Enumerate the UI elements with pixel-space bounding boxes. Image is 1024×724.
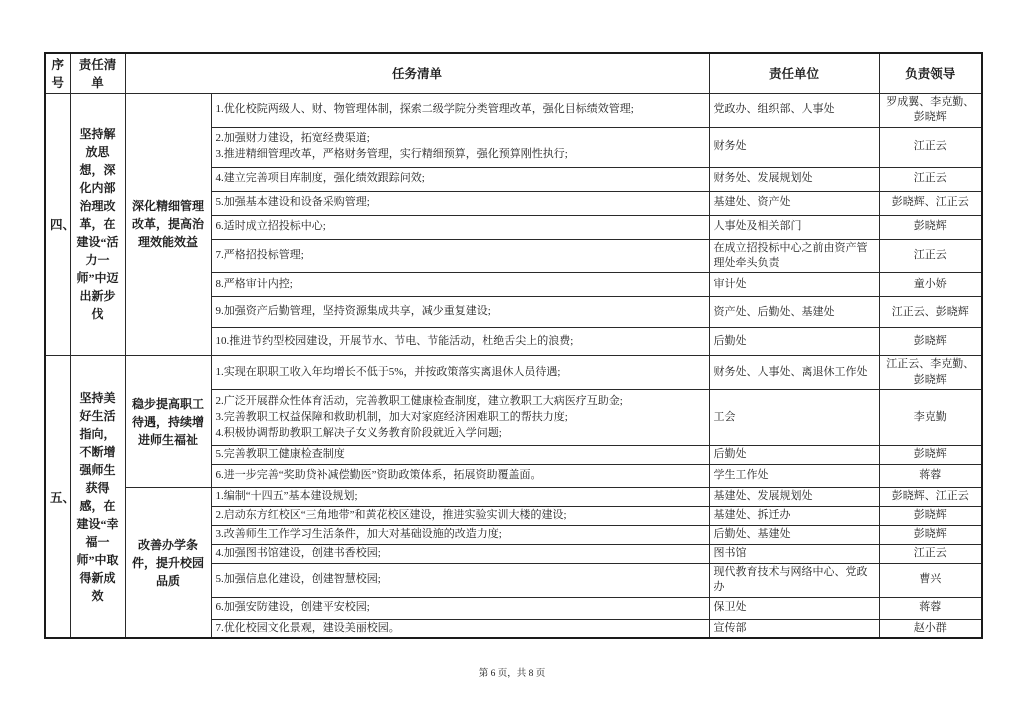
section-seq: 四、 <box>45 93 70 356</box>
unit-cell: 宣传部 <box>709 619 879 638</box>
leader-cell: 江正云 <box>879 544 982 563</box>
responsibility-table: 序号 责任清单 任务清单 责任单位 负责领导 四、 坚持解放思想，深化内部治理改… <box>44 52 983 639</box>
task-cell: 1.编制“十四五”基本建设规划; <box>211 488 709 507</box>
unit-cell: 人事处及相关部门 <box>709 215 879 239</box>
col-header-task: 任务清单 <box>125 53 709 93</box>
col-header-seq: 序号 <box>45 53 70 93</box>
unit-cell: 后勤处、基建处 <box>709 525 879 544</box>
task-cell: 5.加强信息化建设，创建智慧校园; <box>211 563 709 597</box>
unit-cell: 基建处、发展规划处 <box>709 488 879 507</box>
task-cell: 2.加强财力建设，拓宽经费渠道; 3.推进精细管理改革，严格财务管理，实行精细预… <box>211 127 709 167</box>
header-row: 序号 责任清单 任务清单 责任单位 负责领导 <box>45 53 982 93</box>
task-cell: 6.适时成立招投标中心; <box>211 215 709 239</box>
unit-cell: 基建处、资产处 <box>709 191 879 215</box>
leader-cell: 童小娇 <box>879 273 982 297</box>
task-cell: 10.推进节约型校园建设，开展节水、节电、节能活动，杜绝舌尖上的浪费; <box>211 328 709 356</box>
task-cell: 7.严格招投标管理; <box>211 239 709 273</box>
unit-cell: 审计处 <box>709 273 879 297</box>
unit-cell: 后勤处 <box>709 446 879 465</box>
group-category: 深化精细管理改革，提高治理效能效益 <box>125 93 211 356</box>
unit-cell: 工会 <box>709 390 879 446</box>
group-category: 稳步提高职工待遇，持续增进师生福祉 <box>125 356 211 488</box>
leader-cell: 蒋蓉 <box>879 597 982 619</box>
unit-cell: 财务处、发展规划处 <box>709 167 879 191</box>
unit-cell: 保卫处 <box>709 597 879 619</box>
task-cell: 1.实现在职职工收入年均增长不低于5%，并按政策落实离退休人员待遇; <box>211 356 709 390</box>
unit-cell: 图书馆 <box>709 544 879 563</box>
leader-cell: 赵小群 <box>879 619 982 638</box>
task-cell: 2.广泛开展群众性体育活动，完善教职工健康检查制度，建立教职工大病医疗互助金; … <box>211 390 709 446</box>
table-row: 改善办学条件，提升校园品质 1.编制“十四五”基本建设规划; 基建处、发展规划处… <box>45 488 982 507</box>
task-cell: 8.严格审计内控; <box>211 273 709 297</box>
task-cell: 4.建立完善项目库制度，强化绩效跟踪问效; <box>211 167 709 191</box>
leader-cell: 曹兴 <box>879 563 982 597</box>
task-cell: 3.改善师生工作学习生活条件，加大对基础设施的改造力度; <box>211 525 709 544</box>
col-header-duty: 责任清单 <box>70 53 125 93</box>
leader-cell: 江正云 <box>879 167 982 191</box>
unit-cell: 在成立招投标中心之前由资产管理处牵头负责 <box>709 239 879 273</box>
task-cell: 6.进一步完善“奖助贷补减偿勤医”资助政策体系，拓展资助覆盖面。 <box>211 465 709 488</box>
leader-cell: 彭晓辉 <box>879 215 982 239</box>
unit-cell: 财务处、人事处、离退休工作处 <box>709 356 879 390</box>
unit-cell: 财务处 <box>709 127 879 167</box>
leader-cell: 江正云 <box>879 239 982 273</box>
leader-cell: 彭晓辉 <box>879 446 982 465</box>
leader-cell: 罗成翼、李克勤、彭晓辉 <box>879 93 982 127</box>
leader-cell: 彭晓辉 <box>879 328 982 356</box>
task-cell: 6.加强安防建设，创建平安校园; <box>211 597 709 619</box>
unit-cell: 基建处、拆迁办 <box>709 506 879 525</box>
leader-cell: 彭晓辉、江正云 <box>879 488 982 507</box>
leader-cell: 彭晓辉、江正云 <box>879 191 982 215</box>
unit-cell: 后勤处 <box>709 328 879 356</box>
task-cell: 1.优化校院两级人、财、物管理体制，探索二级学院分类管理改革，强化目标绩效管理; <box>211 93 709 127</box>
task-cell: 5.加强基本建设和设备采购管理; <box>211 191 709 215</box>
task-cell: 9.加强资产后勤管理，坚持资源集成共享，减少重复建设; <box>211 297 709 328</box>
leader-cell: 江正云、彭晓辉 <box>879 297 982 328</box>
group-category: 改善办学条件，提升校园品质 <box>125 488 211 639</box>
unit-cell: 资产处、后勤处、基建处 <box>709 297 879 328</box>
task-cell: 7.优化校园文化景观，建设美丽校园。 <box>211 619 709 638</box>
unit-cell: 党政办、组织部、人事处 <box>709 93 879 127</box>
leader-cell: 彭晓辉 <box>879 506 982 525</box>
section-duty: 坚持美好生活指向，不断增强师生获得感，在建设“幸福一师”中取得新成效 <box>70 356 125 639</box>
table-row: 五、 坚持美好生活指向，不断增强师生获得感，在建设“幸福一师”中取得新成效 稳步… <box>45 356 982 390</box>
table-row: 四、 坚持解放思想，深化内部治理改革，在建设“活力一师”中迈出新步伐 深化精细管… <box>45 93 982 127</box>
task-cell: 4.加强图书馆建设，创建书香校园; <box>211 544 709 563</box>
section-seq: 五、 <box>45 356 70 639</box>
col-header-leader: 负责领导 <box>879 53 982 93</box>
leader-cell: 彭晓辉 <box>879 525 982 544</box>
section-duty: 坚持解放思想，深化内部治理改革，在建设“活力一师”中迈出新步伐 <box>70 93 125 356</box>
leader-cell: 蒋蓉 <box>879 465 982 488</box>
unit-cell: 学生工作处 <box>709 465 879 488</box>
leader-cell: 江正云、李克勤、彭晓辉 <box>879 356 982 390</box>
leader-cell: 李克勤 <box>879 390 982 446</box>
leader-cell: 江正云 <box>879 127 982 167</box>
task-cell: 5.完善教职工健康检查制度 <box>211 446 709 465</box>
col-header-unit: 责任单位 <box>709 53 879 93</box>
task-cell: 2.启动东方红校区“三角地带”和黄花校区建设，推进实验实训大楼的建设; <box>211 506 709 525</box>
unit-cell: 现代教育技术与网络中心、党政办 <box>709 563 879 597</box>
page-footer: 第 6 页，共 8 页 <box>0 665 1024 679</box>
document-page: 序号 责任清单 任务清单 责任单位 负责领导 四、 坚持解放思想，深化内部治理改… <box>0 0 1024 724</box>
